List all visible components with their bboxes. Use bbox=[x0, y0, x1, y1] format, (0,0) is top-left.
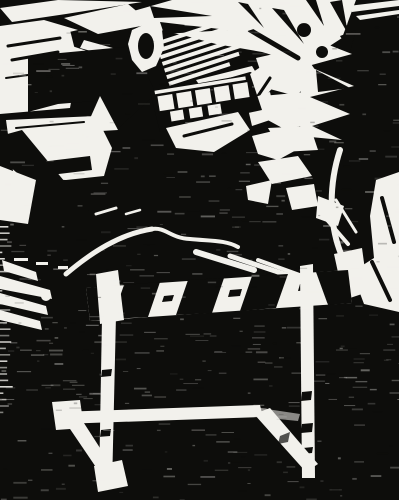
woodcut-print: hurdler clearing a hurdle bbox=[0, 0, 399, 500]
woodcut-artwork: hurdler clearing a hurdle bbox=[0, 0, 399, 500]
